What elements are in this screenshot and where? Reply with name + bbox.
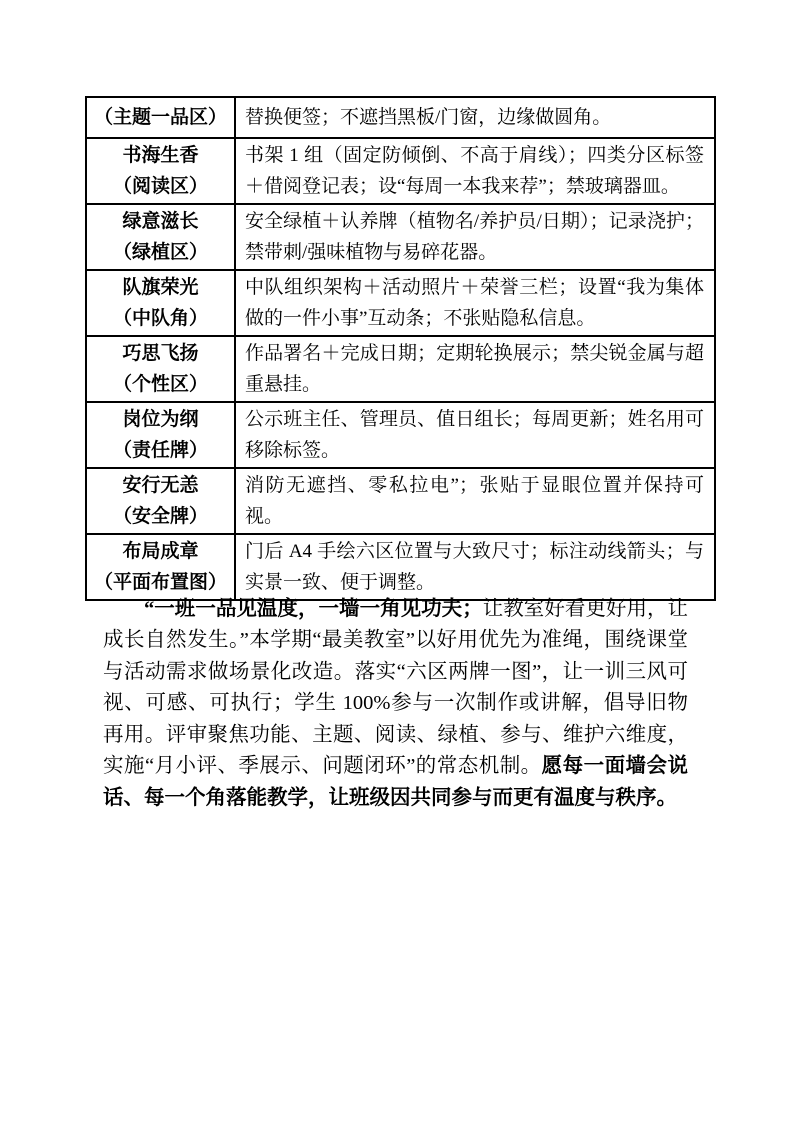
table-row-plant-zone: 绿意滋长 （绿植区） 安全绿植＋认养牌（植物名/养护员/日期）；记录浇护；禁带刺…: [86, 204, 715, 270]
zone-requirements-text: 门后 A4 手绘六区位置与大致尺寸；标注动线箭头；与实景一致、便于调整。: [245, 541, 704, 593]
zone-label-line1: 布局成章: [89, 536, 232, 567]
zone-label-line1: 岗位为纲: [89, 404, 232, 435]
zone-requirements-text: 公示班主任、管理员、值日组长；每周更新；姓名用可移除标签。: [245, 409, 704, 461]
table-row-layout-plan: 布局成章 （平面布置图） 门后 A4 手绘六区位置与大致尺寸；标注动线箭头；与实…: [86, 534, 715, 600]
zone-requirements-text: 安全绿植＋认养牌（植物名/养护员/日期）；记录浇护；禁带刺/强味植物与易碎花器。: [245, 211, 704, 263]
zone-requirements-cell: 中队组织架构＋活动照片＋荣誉三栏；设置“我为集体做的一件小事”互动条；不张贴隐私…: [235, 270, 715, 336]
zone-label-cell: 安行无恙 （安全牌）: [86, 468, 235, 534]
table-row-squad-corner: 队旗荣光 （中队角） 中队组织架构＋活动照片＋荣誉三栏；设置“我为集体做的一件小…: [86, 270, 715, 336]
zone-label-cell: 书海生香 （阅读区）: [86, 138, 235, 204]
zone-requirements-cell: 公示班主任、管理员、值日组长；每周更新；姓名用可移除标签。: [235, 402, 715, 468]
zone-label-cell: 岗位为纲 （责任牌）: [86, 402, 235, 468]
zone-label-cell: 巧思飞扬 （个性区）: [86, 336, 235, 402]
zone-label-line2: （中队角）: [89, 303, 232, 334]
zone-label-line1: （主题一品区）: [89, 102, 232, 133]
zone-label-cell: （主题一品区）: [86, 97, 235, 138]
zone-label-line1: 巧思飞扬: [89, 338, 232, 369]
zone-requirements-text: 中队组织架构＋活动照片＋荣誉三栏；设置“我为集体做的一件小事”互动条；不张贴隐私…: [245, 277, 704, 329]
table-row-safety-board: 安行无恙 （安全牌） 消防无遮挡、零私拉电”；张贴于显眼位置并保持可视。: [86, 468, 715, 534]
zone-label-line2: （责任牌）: [89, 435, 232, 466]
zone-requirements-cell: 书架 1 组（固定防倾倒、不高于肩线）；四类分区标签＋借阅登记表；设“每周一本我…: [235, 138, 715, 204]
zone-requirements-text: 作品署名＋完成日期；定期轮换展示；禁尖锐金属与超重悬挂。: [245, 343, 704, 395]
paragraph-segment-body: 让教室好看更好用，让成长自然发生。”本学期“最美教室”以好用优先为准绳，围绕课堂…: [103, 598, 688, 778]
zone-requirements-cell: 消防无遮挡、零私拉电”；张贴于显眼位置并保持可视。: [235, 468, 715, 534]
zone-requirements-text: 消防无遮挡、零私拉电”；张贴于显眼位置并保持可视。: [245, 475, 704, 527]
zone-label-line2: （绿植区）: [89, 237, 232, 268]
zone-label-line1: 绿意滋长: [89, 206, 232, 237]
zone-requirements-cell: 作品署名＋完成日期；定期轮换展示；禁尖锐金属与超重悬挂。: [235, 336, 715, 402]
table-row-duty-board: 岗位为纲 （责任牌） 公示班主任、管理员、值日组长；每周更新；姓名用可移除标签。: [86, 402, 715, 468]
zone-requirements-cell: 门后 A4 手绘六区位置与大致尺寸；标注动线箭头；与实景一致、便于调整。: [235, 534, 715, 600]
zone-label-cell: 绿意滋长 （绿植区）: [86, 204, 235, 270]
zone-label-line2: （安全牌）: [89, 501, 232, 532]
zone-requirements-text: 替换便签；不遮挡黑板/门窗，边缘做圆角。: [245, 107, 611, 128]
paragraph-segment-lead-bold: “一班一品见温度，一墙一角见功夫；: [144, 598, 483, 620]
zone-label-cell: 队旗荣光 （中队角）: [86, 270, 235, 336]
closing-paragraph: “一班一品见温度，一墙一角见功夫；让教室好看更好用，让成长自然发生。”本学期“最…: [103, 594, 688, 815]
zone-requirements-cell: 安全绿植＋认养牌（植物名/养护员/日期）；记录浇护；禁带刺/强味植物与易碎花器。: [235, 204, 715, 270]
table-row-personality-zone: 巧思飞扬 （个性区） 作品署名＋完成日期；定期轮换展示；禁尖锐金属与超重悬挂。: [86, 336, 715, 402]
document-page: （主题一品区） 替换便签；不遮挡黑板/门窗，边缘做圆角。 书海生香 （阅读区） …: [0, 0, 793, 1122]
table-row-theme-zone: （主题一品区） 替换便签；不遮挡黑板/门窗，边缘做圆角。: [86, 97, 715, 138]
six-zones-table: （主题一品区） 替换便签；不遮挡黑板/门窗，边缘做圆角。 书海生香 （阅读区） …: [85, 96, 716, 601]
zone-requirements-cell: 替换便签；不遮挡黑板/门窗，边缘做圆角。: [235, 97, 715, 138]
zone-label-line1: 书海生香: [89, 140, 232, 171]
zone-requirements-text: 书架 1 组（固定防倾倒、不高于肩线）；四类分区标签＋借阅登记表；设“每周一本我…: [245, 145, 704, 197]
table-row-reading-zone: 书海生香 （阅读区） 书架 1 组（固定防倾倒、不高于肩线）；四类分区标签＋借阅…: [86, 138, 715, 204]
zone-label-line2: （个性区）: [89, 369, 232, 400]
zone-label-line1: 队旗荣光: [89, 272, 232, 303]
zone-label-line1: 安行无恙: [89, 470, 232, 501]
zone-label-cell: 布局成章 （平面布置图）: [86, 534, 235, 600]
zone-label-line2: （阅读区）: [89, 171, 232, 202]
